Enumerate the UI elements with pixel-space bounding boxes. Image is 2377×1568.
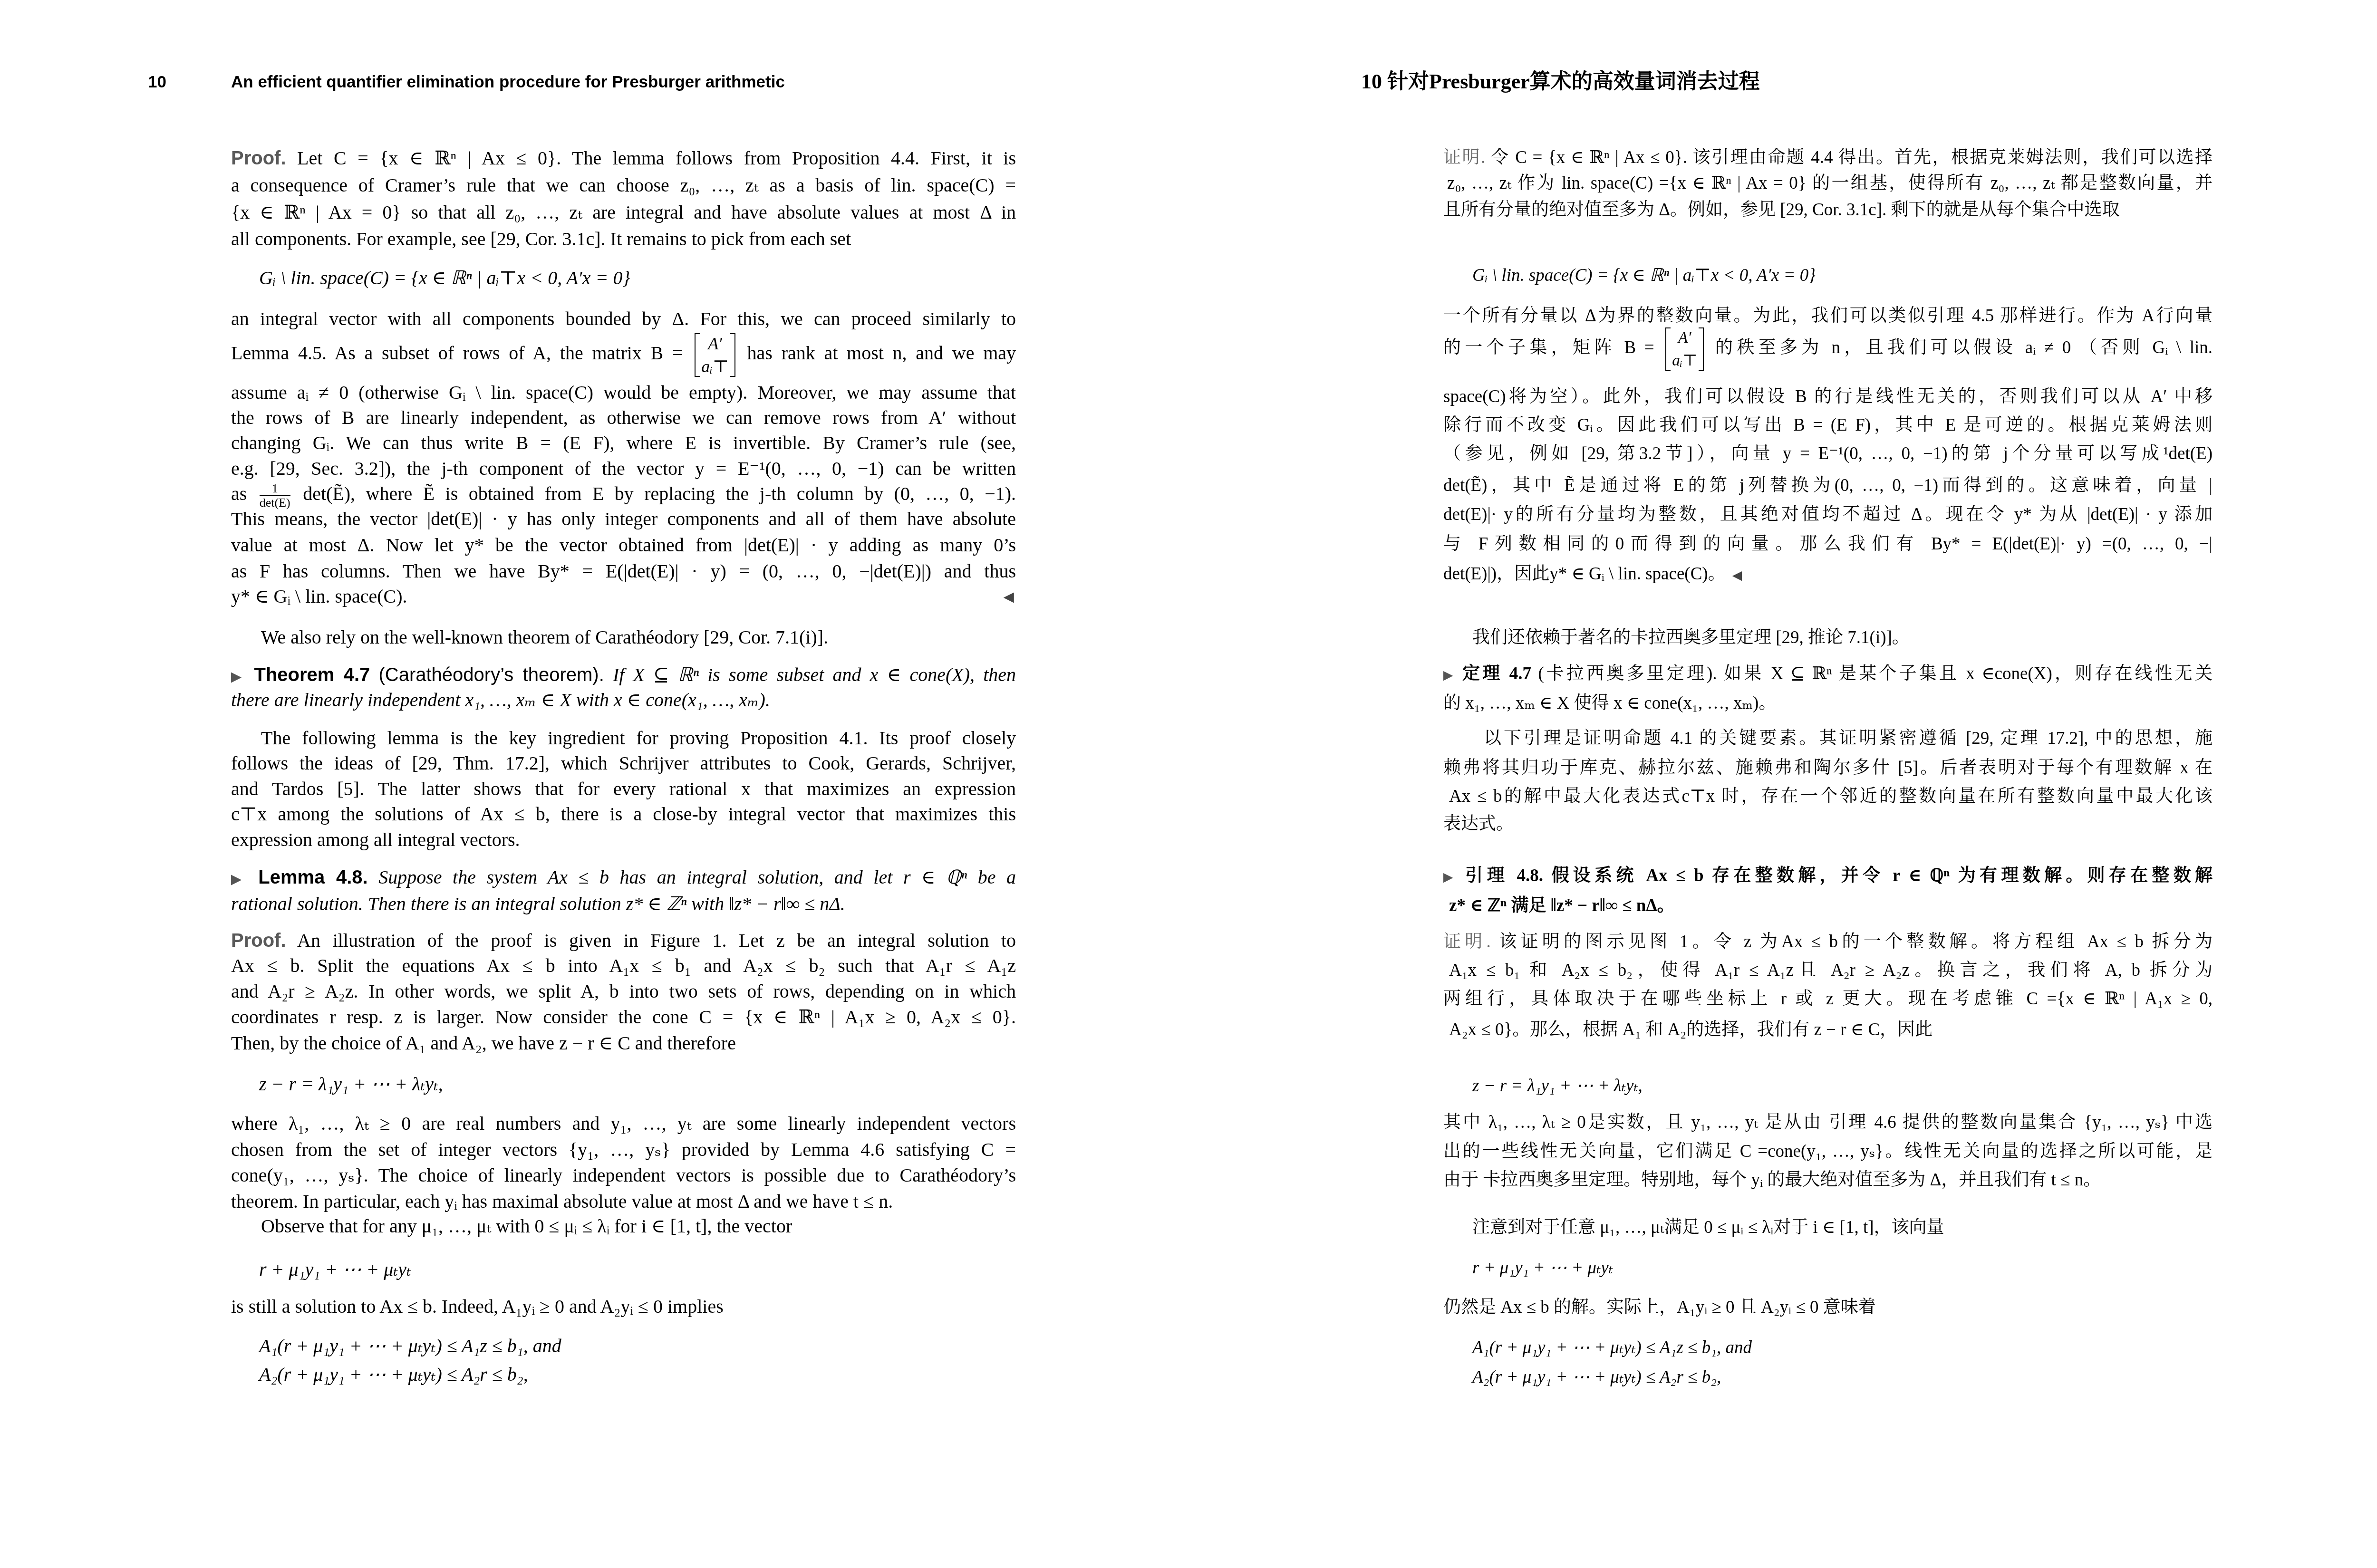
display-formula: A₂(r + μ₁y₁ + ⋯ + μₜyₜ) ≤ A₂r ≤ b₂, [1472,1365,1721,1390]
lemma-label: Lemma 4.8. [258,867,367,888]
proof-label: 证明. [1443,148,1485,167]
text-line: Ax ≤ b. Split the equations Ax ≤ b into … [231,953,1016,978]
fraction: 1det(E) [260,482,290,510]
text-line: a consequence of Cramer’s rule that we c… [231,173,1016,198]
text-line: Observe that for any μ₁, …, μₜ with 0 ≤ … [261,1214,1016,1239]
matrix-line: Lemma 4.5. As a subset of rows of A, the… [231,341,1016,366]
text-line: theorem. In particular, each yᵢ has maxi… [231,1189,1016,1214]
fraction-numerator: 1 [260,482,290,496]
matrix-row: aᵢ⊤ [1672,349,1697,372]
fraction-line: as 1det(E) det(Ẽ), where Ẽ is obtained f… [231,481,1016,506]
text-line: det(Ẽ)，其中 Ẽ是通过将 E的第 j列替换为(0, …, 0, −1)而得… [1443,473,2213,498]
text-span: 该证明的图示见图 1。令 z 为Ax ≤ b的一个整数解。将方程组 Ax ≤ b… [1499,932,2213,952]
display-formula: A₁(r + μ₁y₁ + ⋯ + μₜyₜ) ≤ A₁z ≤ b₁, and [1472,1336,1752,1360]
display-formula: z − r = λ₁y₁ + ⋯ + λₜyₜ, [259,1072,443,1097]
theorem-marker-icon: ▶ [1443,668,1456,683]
proof-line: Proof. Let C = {x ∈ ℝⁿ | Ax ≤ 0}. The le… [231,146,1016,171]
lemma-line: ▶ 引理 4.8. 假设系统 Ax ≤ b 存在整数解，并令 r ∈ ℚⁿ 为有… [1443,864,2213,888]
display-formula: r + μ₁y₁ + ⋯ + μₜyₜ [1472,1256,1613,1280]
qed-triangle-icon: ◀ [1732,568,1742,583]
text-line: 出的一些线性无关向量，它们满足 C =cone(y₁, …, yₛ}。线性无关向… [1443,1139,2213,1164]
text-span: An illustration of the proof is given in… [297,930,1016,951]
text-line: 表达式。 [1443,812,2213,837]
matrix-row: aᵢ⊤ [701,355,729,378]
text-line: 的 x₁, …, xₘ ∈ X 使得 x ∈ cone(x₁, …, xₘ)。 [1443,691,2213,716]
proof-label: Proof. [231,930,286,951]
text-line: 我们还依赖于著名的卡拉西奥多里定理 [29, 推论 7.1(i)]。 [1472,625,2213,650]
text-line: A₂x ≤ 0}。那么，根据 A₁ 和 A₂的选择，我们有 z − r ∈ C，… [1449,1018,2213,1042]
text-line: 且所有分量的绝对值至多为 Δ。例如，参见 [29, Cor. 3.1c]. 剩下… [1443,198,2213,222]
matrix-b: A′aᵢ⊤ [1665,327,1704,372]
text-line: Then, by the choice of A₁ and A₂, we hav… [231,1031,1016,1056]
proof-label: Proof. [231,148,286,169]
running-title: An efficient quantifier elimination proc… [231,72,785,93]
text-line: assume aᵢ ≠ 0 (otherwise Gᵢ \ lin. space… [231,380,1016,405]
qed-triangle-icon: ◀ [1004,584,1014,609]
text-line: an integral vector with all components b… [231,307,1016,331]
text-span: Let C = {x ∈ ℝⁿ | Ax ≤ 0}. The lemma fol… [297,147,1016,169]
text-line: We also rely on the well-known theorem o… [261,625,1016,650]
text-span: has rank at most n, and we may [747,342,1016,364]
text-line: 除行而不改变 Gᵢ。因此我们可以写出 B = (E F)，其中 E 是可逆的。根… [1443,413,2213,438]
theorem-statement: (卡拉西奥多里定理). 如果 X ⊆ ℝⁿ 是某个子集且 x ∈cone(X)，… [1538,664,2213,683]
text-line: This means, the vector |det(E)| · y has … [231,507,1016,531]
lemma-marker-icon: ▶ [1443,870,1457,885]
text-span: Lemma 4.5. As a subset of rows of A, the… [231,342,683,364]
page-number: 10 [148,72,166,93]
theorem-label: 定理 4.7 [1462,664,1531,683]
matrix-line: 的一个子集，矩阵 B = A′aᵢ⊤ 的秩至多为 n，且我们可以假设 aᵢ ≠ … [1443,336,2213,360]
lemma-statement: 假设系统 Ax ≤ b 存在整数解，并令 r ∈ ℚⁿ 为有理数解。则存在整数解 [1552,866,2213,885]
display-formula: Gᵢ \ lin. space(C) = {x ∈ ℝⁿ | aᵢ⊤x < 0,… [259,266,630,290]
text-line: {x ∈ ℝⁿ | Ax = 0} so that all z₀, …, zₜ … [231,200,1016,225]
text-line: 赖弗将其归功于库克、赫拉尔兹、施赖弗和陶尔多什 [5]。后者表明对于每个有理数解… [1443,756,2213,780]
text-line: 一个所有分量以 Δ为界的整数向量。为此，我们可以类似引理 4.5 那样进行。作为… [1443,304,2213,328]
display-formula: A₂(r + μ₁y₁ + ⋯ + μₜyₜ) ≤ A₂r ≤ b₂, [259,1362,528,1387]
text-line: as F has columns. Then we have By* = E(|… [231,559,1016,584]
text-span: 令 C = {x ∈ ℝⁿ | Ax ≤ 0}. 该引理由命题 4.4 得出。首… [1491,148,2213,167]
display-formula: r + μ₁y₁ + ⋯ + μₜyₜ [259,1257,411,1282]
text-line: （参见，例如 [29, 第3.2节]），向量 y = E⁻¹(0, …, 0, … [1443,442,2213,466]
text-line: c⊤x among the solutions of Ax ≤ b, there… [231,802,1016,827]
text-line: cone(y₁, …, yₛ}. The choice of linearly … [231,1163,1016,1188]
theorem-marker-icon: ▶ [231,668,245,684]
text-line: coordinates r resp. z is larger. Now con… [231,1005,1016,1029]
text-line: where λ₁, …, λₜ ≥ 0 are real numbers and… [231,1111,1016,1136]
text-line: the rows of B are linearly independent, … [231,405,1016,430]
page-original-english: 10 An efficient quantifier elimination p… [231,0,1016,1568]
text-span: 的秩至多为 n，且我们可以假设 aᵢ ≠ 0 （否则 Gᵢ \ lin. [1715,338,2213,357]
theorem-label: Theorem 4.7 [254,664,370,685]
text-span: as [231,483,247,504]
text-line: det(E)|· y的所有分量均为整数，且其绝对值均不超过 Δ。现在令 y* 为… [1443,502,2213,527]
text-line: z₀, …, zₜ 作为 lin. space(C) ={x ∈ ℝⁿ | Ax… [1447,171,2213,196]
text-span: det(Ẽ), where Ẽ is obtained from E by re… [303,483,1016,504]
text-line: and Tardos [5]. The latter shows that fo… [231,777,1016,801]
proof-line: Proof. An illustration of the proof is g… [231,928,1016,953]
text-line: and A₂r ≥ A₂z. In other words, we split … [231,979,1016,1004]
theorem-line: ▶ 定理 4.7 (卡拉西奥多里定理). 如果 X ⊆ ℝⁿ 是某个子集且 x … [1443,662,2213,686]
lemma-label: 引理 4.8. [1465,866,1543,885]
page-translation-chinese-1: 10 针对Presburger算术的高效量词消去过程 证明. 令 C = {x … [1443,0,2213,1568]
text-line: value at most Δ. Now let y* be the vecto… [231,533,1016,558]
proof-line: 证明. 令 C = {x ∈ ℝⁿ | Ax ≤ 0}. 该引理由命题 4.4 … [1443,145,2213,170]
text-line: A₁x ≤ b₁ 和 A₂x ≤ b₂，使得 A₁r ≤ A₁z且 A₂r ≥ … [1449,958,2213,983]
text-line: space(C)将为空）。此外，我们可以假设 B 的行是线性无关的，否则我们可以… [1443,385,2213,409]
text-line: 与 F列数相同的0而得到的向量。那么我们有 By* = E(|det(E)|· … [1443,532,2213,557]
text-line: is still a solution to Ax ≤ b. Indeed, A… [231,1294,1016,1319]
theorem-note: (Carathéodory’s theorem). [378,664,604,685]
theorem-line: ▶ Theorem 4.7 (Carathéodory’s theorem). … [231,663,1016,687]
text-line: follows the ideas of [29, Thm. 17.2], wh… [231,751,1016,776]
text-line: changing Gᵢ. We can thus write B = (E F)… [231,431,1016,455]
display-formula: A₁(r + μ₁y₁ + ⋯ + μₜyₜ) ≤ A₁z ≤ b₁, and [259,1334,561,1358]
display-formula: Gᵢ \ lin. space(C) = {x ∈ ℝⁿ | aᵢ⊤x < 0,… [1472,263,1816,288]
text-span: 的一个子集，矩阵 B = [1443,338,1654,357]
theorem-statement: If X ⊆ ℝⁿ is some subset and x ∈ cone(X)… [613,664,1016,685]
text-line: The following lemma is the key ingredien… [261,726,1016,750]
matrix-row: A′ [1672,327,1697,349]
display-formula: z − r = λ₁y₁ + ⋯ + λₜyₜ, [1472,1074,1643,1098]
text-line: rational solution. Then there is an inte… [231,892,1016,916]
running-header: 10 针对Presburger算术的高效量词消去过程 [1361,69,1760,94]
matrix-row: A′ [701,332,729,355]
text-line: Ax ≤ b的解中最大化表达式c⊤x 时，存在一个邻近的整数向量在所有整数向量中… [1449,784,2213,809]
text-line: 由于 卡拉西奥多里定理。特别地，每个 yᵢ 的最大绝对值至多为 Δ，并且我们有 … [1443,1168,2213,1193]
lemma-line: ▶ Lemma 4.8. Suppose the system Ax ≤ b h… [231,865,1016,890]
text-line: 以下引理是证明命题 4.1 的关键要素。其证明紧密遵循 [29, 定理 17.2… [1484,726,2213,751]
lemma-marker-icon: ▶ [231,871,248,887]
text-line: chosen from the set of integer vectors {… [231,1137,1016,1162]
text-line: 两组行，具体取决于在哪些坐标上 r 或 z 更大。现在考虑锥 C ={x ∈ ℝ… [1443,987,2213,1011]
lemma-statement: Suppose the system Ax ≤ b has an integra… [378,866,1016,888]
text-line: all components. For example, see [29, Co… [231,227,1016,251]
matrix-b: A′aᵢ⊤ [695,332,735,378]
text-line: det(E)|)，因此y* ∈ Gᵢ \ lin. space(C)。◀ [1443,562,2213,587]
text-line: 其中 λ₁, …, λₜ ≥ 0是实数，且 y₁, …, yₜ 是从由 引理 4… [1443,1110,2213,1135]
text-line: 仍然是 Ax ≤ b 的解。实际上，A₁yᵢ ≥ 0 且 A₂yᵢ ≤ 0 意味… [1443,1295,2213,1320]
text-line: 注意到对于任意 μ₁, …, μₜ满足 0 ≤ μᵢ ≤ λᵢ对于 i ∈ [1… [1472,1215,2213,1240]
text-line: e.g. [29, Sec. 3.2]), the j-th component… [231,456,1016,481]
text-line: y* ∈ Gᵢ \ lin. space(C).◀ [231,584,1016,609]
text-line: expression among all integral vectors. [231,827,1016,852]
text-span: det(E)|)，因此y* ∈ Gᵢ \ lin. space(C)。 [1443,564,1726,584]
proof-line: 证明. 该证明的图示见图 1。令 z 为Ax ≤ b的一个整数解。将方程组 Ax… [1443,930,2213,954]
text-line: there are linearly independent x₁, …, xₘ… [231,688,1016,712]
text-span: y* ∈ Gᵢ \ lin. space(C). [231,586,407,607]
proof-label: 证明. [1443,932,1491,952]
text-line: z* ∈ ℤⁿ 满足 ‖z* − r‖∞ ≤ nΔ。 [1449,894,2213,918]
